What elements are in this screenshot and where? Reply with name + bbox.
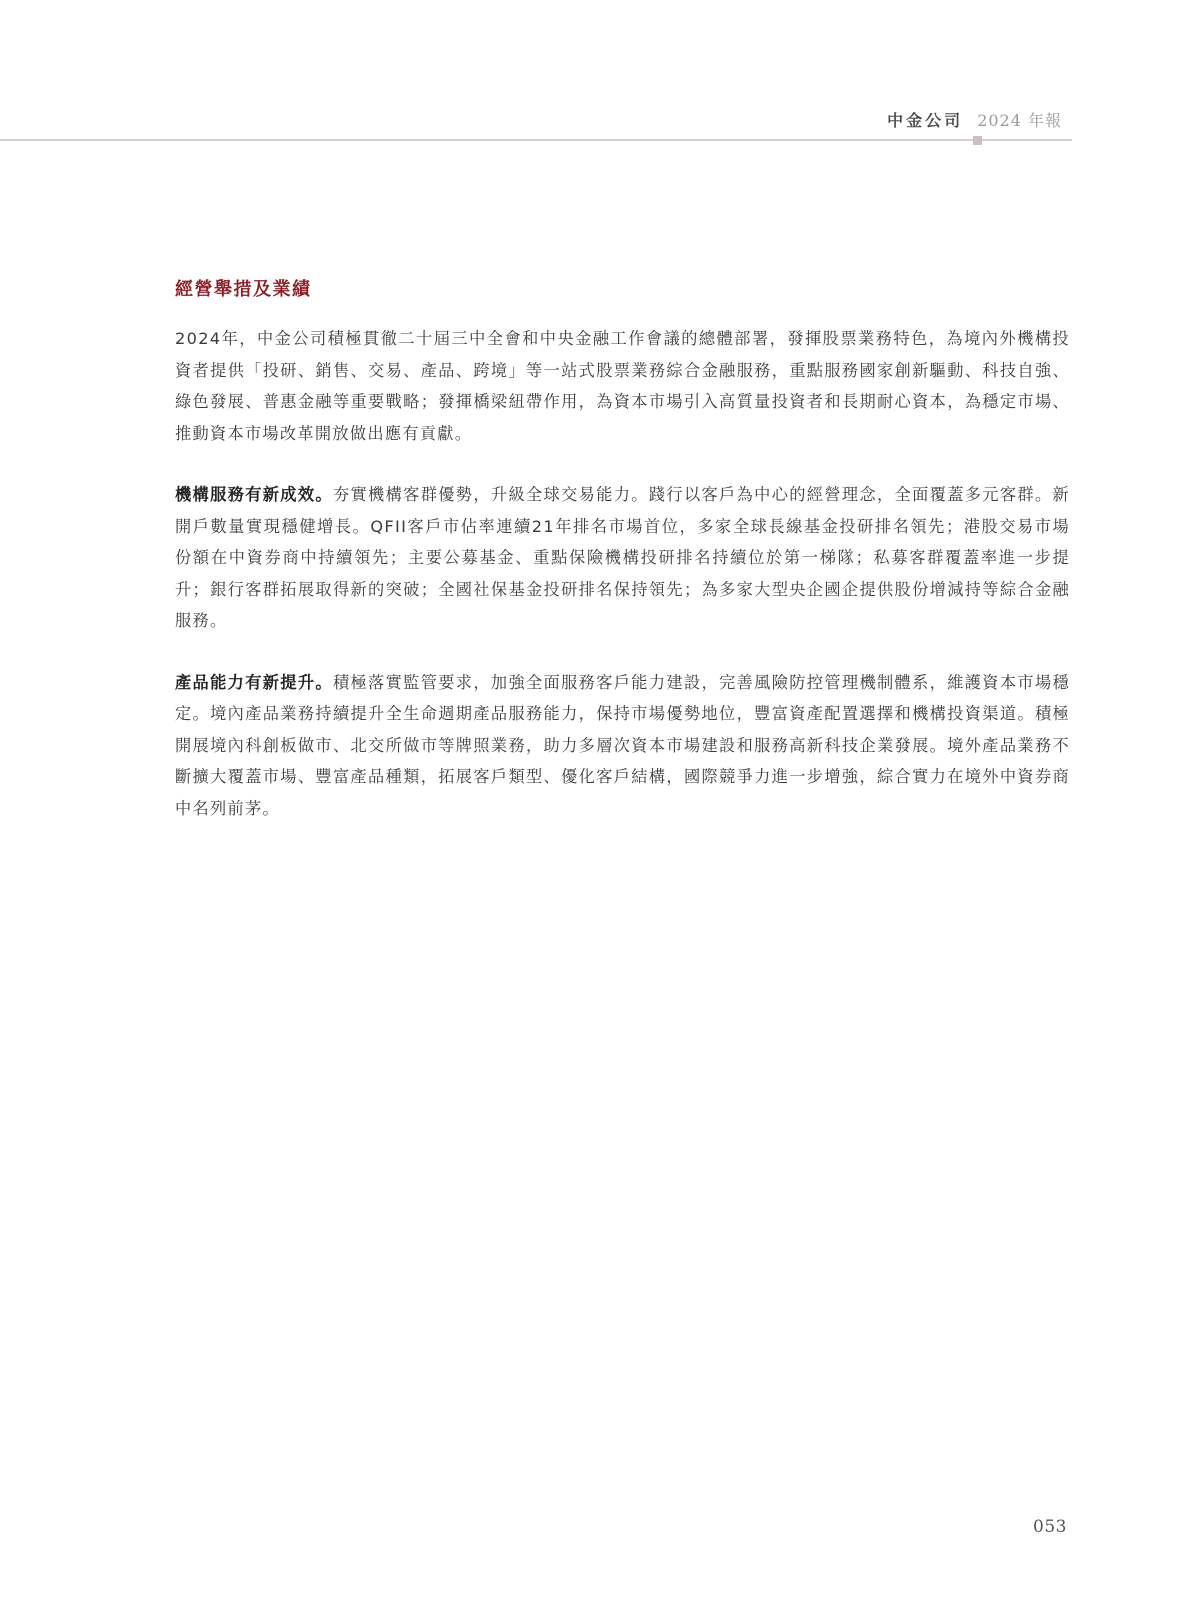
paragraph-text: 積極落實監管要求，加強全面服務客戶能力建設，完善風險防控管理機制體系，維護資本市… [175, 673, 1070, 818]
page-number: 053 [1033, 1517, 1067, 1537]
main-content: 經營舉措及業績 2024年，中金公司積極貫徹二十屆三中全會和中央金融工作會議的總… [175, 275, 1070, 854]
header-marker-square [973, 136, 982, 145]
paragraph-institutional-services: 機構服務有新成效。夯實機構客群優勢，升級全球交易能力。踐行以客戶為中心的經營理念… [175, 479, 1070, 637]
header-divider [0, 139, 1072, 141]
paragraph-lead: 機構服務有新成效。 [175, 485, 333, 504]
paragraph-text: 夯實機構客群優勢，升級全球交易能力。踐行以客戶為中心的經營理念，全面覆蓋多元客群… [175, 485, 1070, 630]
running-header: 中金公司 2024 年報 [887, 108, 1062, 131]
paragraph-product-capability: 產品能力有新提升。積極落實監管要求，加強全面服務客戶能力建設，完善風險防控管理機… [175, 667, 1070, 825]
paragraph-text: 2024年，中金公司積極貫徹二十屆三中全會和中央金融工作會議的總體部署，發揮股票… [175, 329, 1070, 443]
paragraph-lead: 產品能力有新提升。 [175, 673, 333, 692]
header-report-title: 2024 年報 [977, 108, 1062, 131]
paragraph-intro: 2024年，中金公司積極貫徹二十屆三中全會和中央金融工作會議的總體部署，發揮股票… [175, 323, 1070, 449]
header-company-name: 中金公司 [887, 108, 963, 131]
section-title: 經營舉措及業績 [175, 275, 1070, 301]
